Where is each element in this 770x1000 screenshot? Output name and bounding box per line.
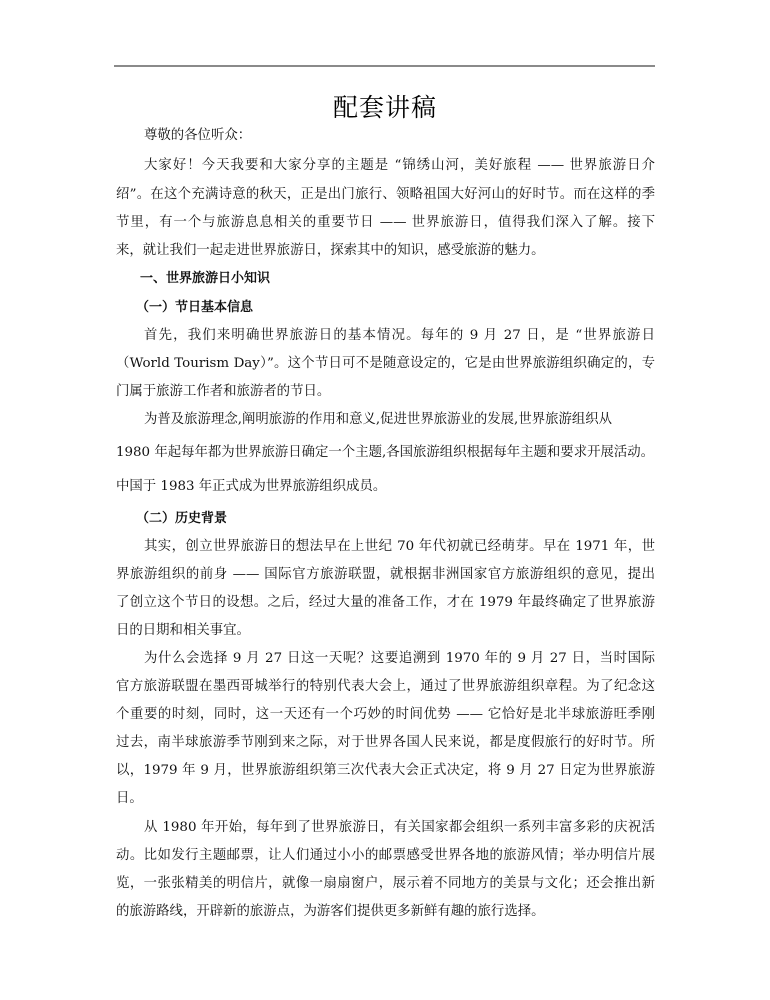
text-line: 为普及旅游理念,阐明旅游的作用和意义,促进世界旅游业的发展,世界旅游组织从	[144, 411, 612, 429]
text-line: 来，就让我们一起走进世界旅游日，探索其中的知识，感受旅游的魅力。	[116, 242, 545, 260]
text-line: 览，一张张精美的明信片，就像一扇扇窗户，展示着不同地方的美景与文化；还会推出新	[116, 875, 655, 893]
text-line: 日的日期和相关事宜。	[116, 622, 250, 640]
text-line: 门属于旅游工作者和旅游者的节日。	[116, 383, 330, 401]
text-line: 绍”。在这个充满诗意的秋天，正是出门旅行、领略祖国大好河山的好时节。而在这样的季	[116, 186, 655, 204]
subsection-heading: （二）历史背景	[136, 510, 227, 528]
text-line: 的旅游路线，开辟新的旅游点，为游客们提供更多新鲜有趣的旅行选择。	[116, 903, 545, 921]
text-line: 官方旅游联盟在墨西哥城举行的特别代表大会上，通过了世界旅游组织章程。为了纪念这	[116, 678, 655, 696]
text-line: 过去，南半球旅游季节刚到来之际，对于世界各国人民来说，都是度假旅行的好时节。所	[116, 734, 655, 752]
text-line: 大家好！今天我要和大家分享的主题是 “锦绣山河，美好旅程 —— 世界旅游日介	[144, 157, 655, 175]
text-line: 节里，有一个与旅游息息相关的重要节日 —— 世界旅游日，值得我们深入了解。接下	[116, 214, 655, 232]
text-line: （World Tourism Day）”。这个节日可不是随意设定的，它是由世界旅…	[116, 355, 655, 373]
salutation: 尊敬的各位听众：	[144, 127, 251, 145]
document-title: 配套讲稿	[0, 88, 770, 124]
header-rule	[114, 65, 655, 67]
text-line: 个重要的时刻，同时，这一天还有一个巧妙的时间优势 —— 它恰好是北半球旅游旺季刚	[116, 706, 655, 724]
text-line: 日。	[116, 790, 143, 808]
text-line: 界旅游组织的前身 —— 国际官方旅游联盟，就根据非洲国家官方旅游组织的意见，提出	[116, 566, 655, 584]
section-heading: 一、世界旅游日小知识	[140, 270, 270, 288]
text-line: 中国于 1983 年正式成为世界旅游组织成员。	[116, 478, 386, 496]
text-line: 首先，我们来明确世界旅游日的基本情况。每年的 9 月 27 日，是 “世界旅游日	[144, 327, 655, 345]
text-line: 了创立这个节日的设想。之后，经过大量的准备工作，才在 1979 年最终确定了世界…	[116, 594, 655, 612]
text-line: 1980 年起每年都为世界旅游日确定一个主题,各国旅游组织根据每年主题和要求开展…	[116, 444, 654, 462]
text-line: 其实，创立世界旅游日的想法早在上世纪 70 年代初就已经萌芽。早在 1971 年…	[144, 538, 655, 556]
text-line: 从 1980 年开始，每年到了世界旅游日，有关国家都会组织一系列丰富多彩的庆祝活	[144, 819, 655, 837]
text-line: 为什么会选择 9 月 27 日这一天呢？这要追溯到 1970 年的 9 月 27…	[144, 650, 655, 668]
subsection-heading: （一）节日基本信息	[136, 299, 253, 317]
text-line: 以，1979 年 9 月，世界旅游组织第三次代表大会正式决定，将 9 月 27 …	[116, 762, 655, 780]
text-line: 动。比如发行主题邮票，让人们通过小小的邮票感受世界各地的旅游风情；举办明信片展	[116, 847, 655, 865]
